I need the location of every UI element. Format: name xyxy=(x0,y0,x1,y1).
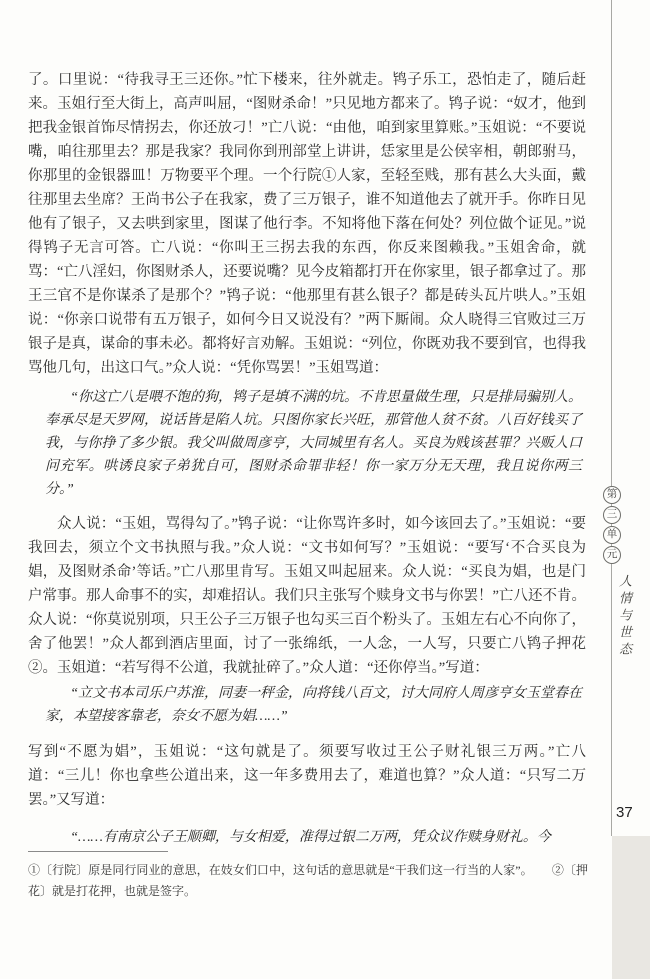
unit-char-circle: 第 xyxy=(603,486,621,504)
page-number: 37 xyxy=(616,804,633,821)
body-paragraph-continued: 了。口里说：“待我寻王三还你。”忙下楼来，往外就走。鸨子乐工，恐怕走了，随后赶来… xyxy=(28,68,586,380)
footnote-1: ①〔行院〕原是同行同业的意思，在妓女们口中，这句话的意思就是“干我们这一行当的人… xyxy=(28,863,533,877)
contract-quote-continued: “……有南京公子王顺卿，与女相爱，准得过银二万两，凭众议作赎身财礼。今 xyxy=(45,826,582,849)
sidebar-rule xyxy=(611,0,612,836)
body-paragraph-negotiation: 众人说：“玉姐，骂得勾了。”鸨子说：“让你骂许多时，如今该回去了。”玉姐说：“要… xyxy=(28,512,586,680)
body-paragraph-writing: 写到“不愿为娼”，玉姐说：“这句就是了。须要写收过王公子财礼银三万两。”亡八道：… xyxy=(28,740,586,812)
verse-quote-scolding: “你这亡八是喂不饱的狗，鸨子是填不满的坑。不肯思量做生理，只是排局骗别人。奉承尽… xyxy=(45,386,582,501)
unit-char-circle: 单 xyxy=(603,526,621,544)
unit-label: 第 三 单 元 xyxy=(603,486,621,564)
unit-char-circle: 元 xyxy=(603,546,621,564)
contract-quote-opening: “立文书本司乐户苏淮，同妻一秤金，向将钱八百文，讨大同府人周彦亨女玉堂春在家，本… xyxy=(45,682,582,728)
page-edge-shadow xyxy=(612,836,650,979)
footnote-divider xyxy=(28,851,168,852)
footnote-block: ①〔行院〕原是同行同业的意思，在妓女们口中，这句话的意思就是“干我们这一行当的人… xyxy=(28,860,588,902)
unit-char-circle: 三 xyxy=(603,506,621,524)
unit-theme-label: 人情与世态 xyxy=(615,574,634,664)
textbook-page: { "page": { "number": "37" }, "sidebar":… xyxy=(0,0,650,979)
